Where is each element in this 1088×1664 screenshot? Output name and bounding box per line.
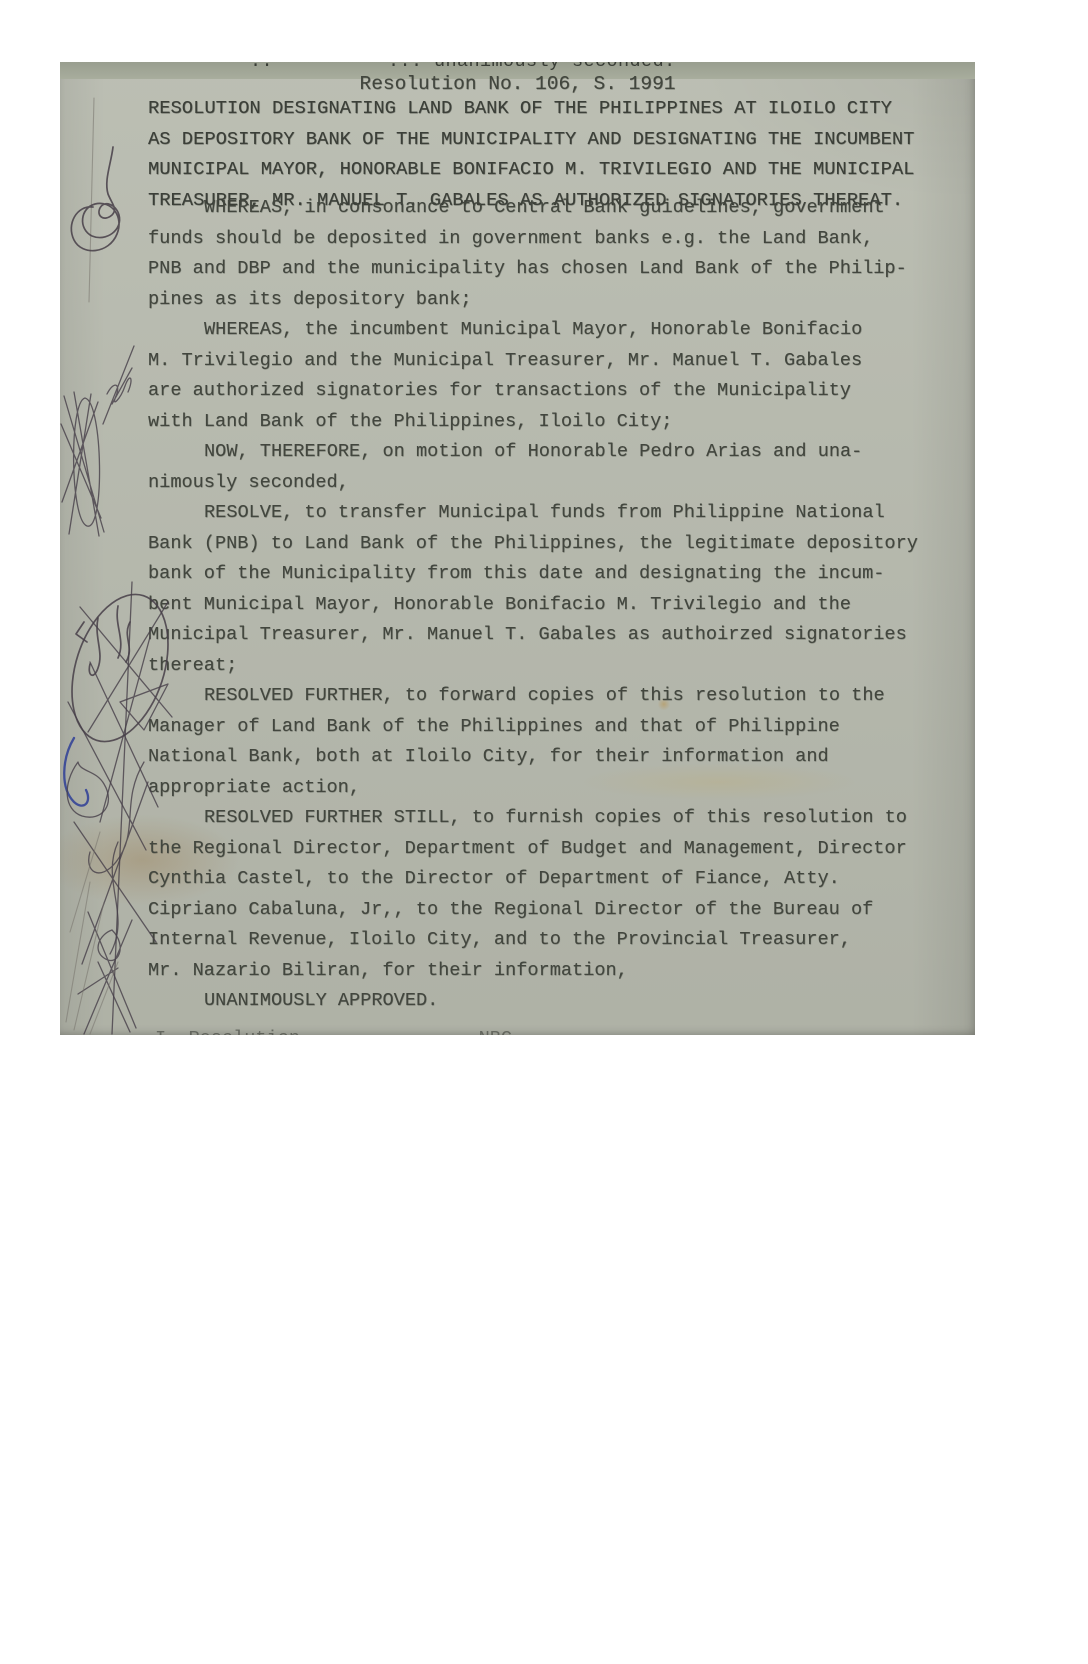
text-line: RESOLUTION DESIGNATING LAND BANK OF THE …: [148, 97, 914, 128]
pen-loop-doodle: [71, 147, 119, 251]
pen-big-ellipse: [55, 582, 186, 754]
text-line: PNB and DBP and the municipality has cho…: [148, 254, 918, 285]
pen-word-scribble: [103, 346, 134, 424]
pen-y-marks: [76, 606, 130, 675]
text-line: Internal Revenue, Iloilo City, and to th…: [148, 925, 918, 956]
text-line: Mr. Nazario Biliran, for their informati…: [148, 956, 918, 987]
text-line: AS DEPOSITORY BANK OF THE MUNICIPALITY A…: [148, 128, 914, 159]
text-line: nimously seconded,: [148, 468, 918, 499]
text-line: Municipal Treasurer, Mr. Manuel T. Gabal…: [148, 620, 918, 651]
text-line: are authorized signatories for transacti…: [148, 376, 918, 407]
text-line: Cipriano Cabaluna, Jr,, to the Regional …: [148, 895, 918, 926]
text-line: RESOLVED FURTHER, to forward copies of t…: [148, 681, 918, 712]
pen-crossed-ellipse: [61, 392, 104, 536]
page-background: { "scan": { "paper_color": "#b8bbaf", "i…: [0, 0, 1088, 1664]
text-line: appropriate action,: [148, 773, 918, 804]
document-scan: .. ... unanimously seconded. Resolution …: [60, 62, 975, 1035]
text-line: National Bank, both at Iloilo City, for …: [148, 742, 918, 773]
text-line: WHEREAS, the incumbent Municipal Mayor, …: [148, 315, 918, 346]
text-line: bank of the Municipality from this date …: [148, 559, 918, 590]
pencil-strokes: [66, 832, 118, 1034]
text-line: Bank (PNB) to Land Bank of the Philippin…: [148, 529, 918, 560]
text-line: funds should be deposited in government …: [148, 224, 918, 255]
text-line: UNANIMOUSLY APPROVED.: [148, 986, 918, 1017]
text-line: MUNICIPAL MAYOR, HONORABLE BONIFACIO M. …: [148, 158, 914, 189]
text-line: the Regional Director, Department of Bud…: [148, 834, 918, 865]
text-line: bent Municipal Mayor, Honorable Bonifaci…: [148, 590, 918, 621]
paper-crease: [89, 98, 94, 302]
text-line: RESOLVED FURTHER STILL, to furnish copie…: [148, 803, 918, 834]
text-line: with Land Bank of the Philippines, Iloil…: [148, 407, 918, 438]
text-line: NOW, THEREFORE, on motion of Honorable P…: [148, 437, 918, 468]
document-body: WHEREAS, in consonance to Central Bank g…: [148, 193, 918, 1017]
text-line: Manager of Land Bank of the Philippines …: [148, 712, 918, 743]
pen-bottom-tangle: [67, 702, 156, 1034]
text-line: thereat;: [148, 651, 918, 682]
text-line: Cynthia Castel, to the Director of Depar…: [148, 864, 918, 895]
text-line: RESOLVE, to transfer Municipal funds fro…: [148, 498, 918, 529]
text-line: pines as its depository bank;: [148, 285, 918, 316]
text-line: WHEREAS, in consonance to Central Bank g…: [148, 193, 918, 224]
handwritten-scribbles: [60, 62, 250, 1035]
text-line: M. Trivilegio and the Municipal Treasure…: [148, 346, 918, 377]
